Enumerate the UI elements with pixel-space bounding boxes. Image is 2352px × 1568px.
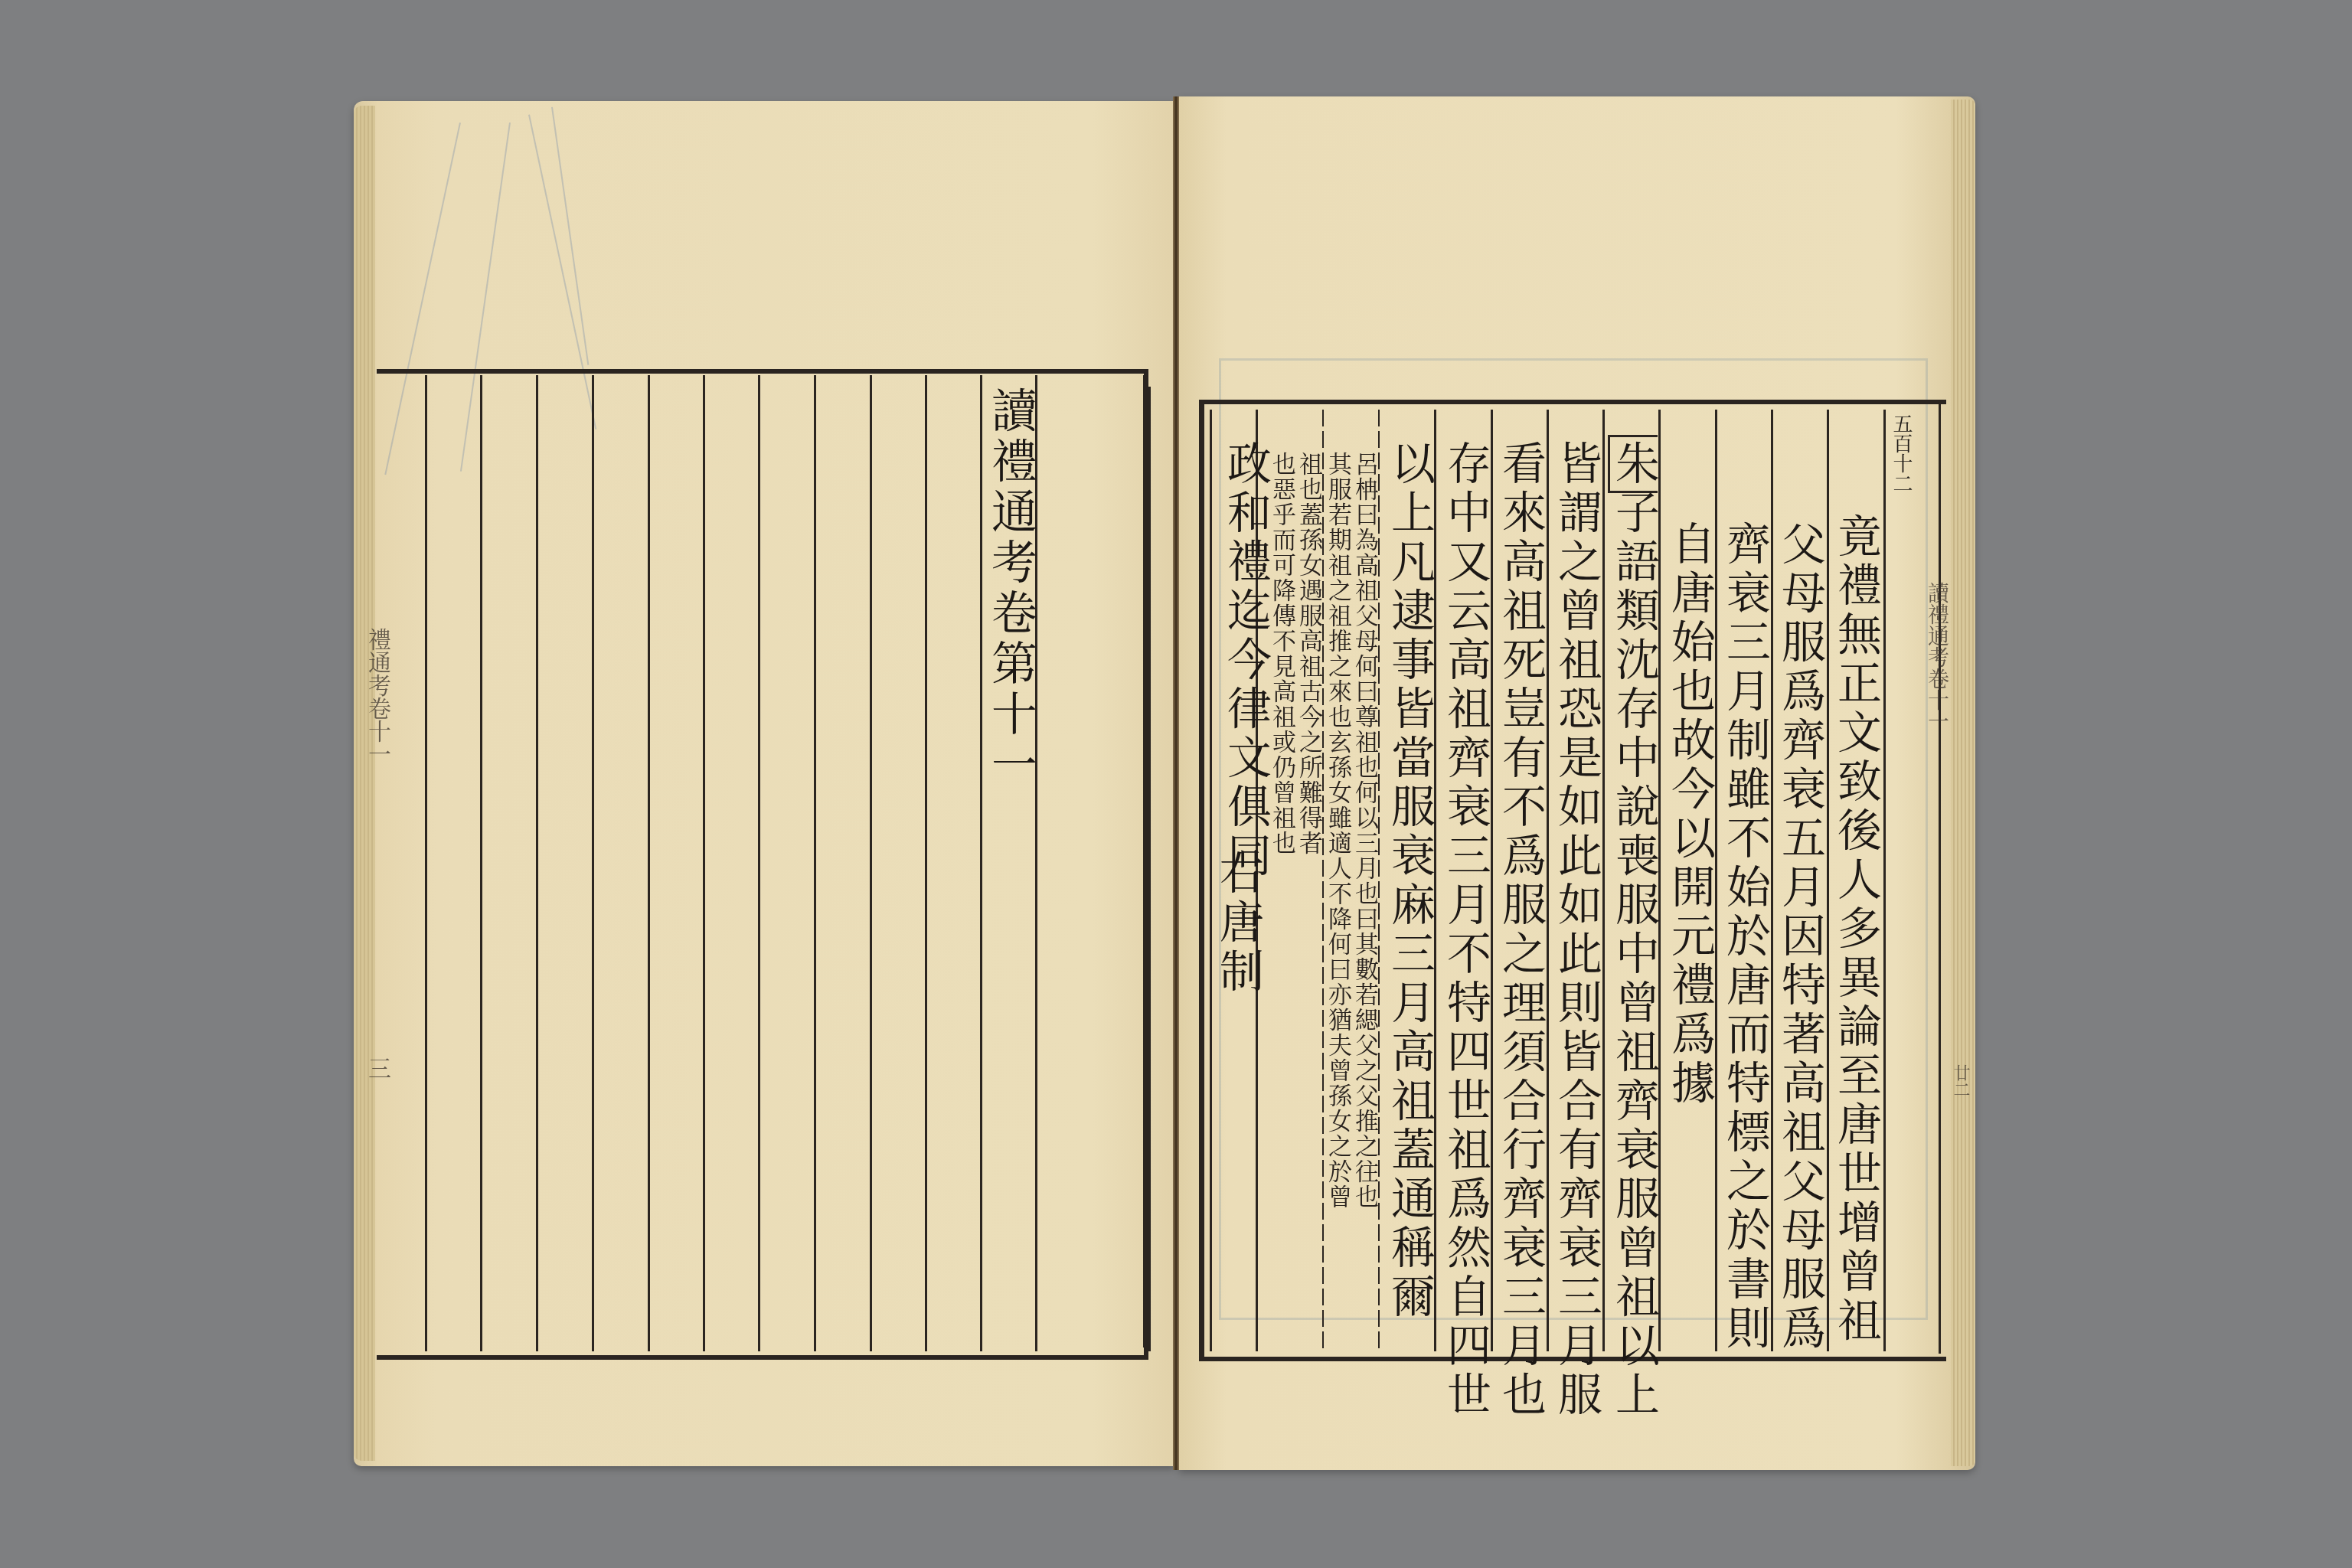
text-column-9: 以上凡逮事皆當服衰麻三月高祖蓋通稱爾	[1387, 440, 1432, 1322]
source-bracket-label: 朱	[1608, 440, 1660, 489]
text-column-5: 朱子語類沈存中說喪服中曾祖齊衰服曾祖以上	[1612, 440, 1656, 1420]
column-rule	[425, 375, 427, 1351]
section-end-marker: 右唐制	[1216, 850, 1260, 997]
right-frame-outer-border	[1199, 400, 1204, 1357]
text-column-4: 自唐始也故今以開元禮爲據	[1668, 521, 1712, 1109]
column-rule	[758, 375, 760, 1351]
folio-label: 五百十二	[1891, 413, 1911, 493]
left-frame-outer-border	[1146, 387, 1151, 1351]
column-rule	[648, 375, 650, 1351]
volume-title: 讀禮通考卷第十一	[988, 387, 1034, 791]
text-column-5-body: 子語類沈存中說喪服中曾祖齊衰服曾祖以上	[1608, 489, 1660, 1420]
column-rule	[1547, 410, 1549, 1351]
left-fore-edge-title: 禮通考卷十一	[360, 628, 394, 766]
column-rule	[536, 375, 538, 1351]
column-rule	[870, 375, 872, 1351]
annotation-column-1: 呂柟曰為高祖父母何曰尊祖也何以三月也曰其數若緦父之父推之往也	[1352, 452, 1376, 1210]
column-rule	[703, 375, 705, 1351]
column-rule	[1883, 410, 1886, 1351]
right-fore-edge-title: 讀禮通考卷十一	[1922, 582, 1952, 732]
column-rule	[480, 375, 482, 1351]
text-column-8: 存中又云高祖齊衰三月不特四世祖爲然自四世	[1443, 440, 1488, 1420]
column-rule	[814, 375, 816, 1351]
column-rule	[1602, 410, 1605, 1351]
column-rule	[1378, 410, 1380, 1351]
book-gutter	[1173, 96, 1179, 1470]
column-rule	[1827, 410, 1829, 1351]
right-frame-right-border	[1939, 404, 1941, 1354]
text-column-2: 父母服爲齊衰五月因特著高祖父母服爲	[1778, 521, 1822, 1354]
column-rule	[925, 375, 927, 1351]
text-column-1: 竟禮無正文致後人多異論至唐世增曾祖	[1834, 513, 1878, 1346]
column-rule	[980, 375, 982, 1351]
right-fore-edge-folio: 廿二	[1949, 1064, 1972, 1098]
column-rule	[1771, 410, 1773, 1351]
left-fore-edge	[354, 106, 375, 1461]
annotation-column-2: 其服若期祖之祖推之來也玄孫女雖適人不降何曰亦猶夫曾孫女之於曾	[1325, 452, 1349, 1210]
annotation-column-3: 祖也蓋孫女遇服高祖古今之所難得者	[1296, 452, 1320, 856]
text-column-6: 皆謂之曾祖恐是如此如此則皆合有齊衰三月服	[1554, 440, 1599, 1420]
column-rule	[592, 375, 594, 1351]
text-column-7: 看來高祖死豈有不爲服之理須合行齊衰三月也	[1498, 440, 1543, 1420]
right-fore-edge	[1951, 100, 1975, 1466]
closing-column: 政和禮迄今律文俱同	[1223, 440, 1268, 881]
annotation-column-4: 也惡乎而可降傳不見高祖或仍曾祖也	[1269, 452, 1293, 856]
text-column-3: 齊衰三月制雖不始於唐而特標之於書則	[1723, 521, 1767, 1354]
left-fore-edge-folio: 三	[360, 1057, 394, 1080]
